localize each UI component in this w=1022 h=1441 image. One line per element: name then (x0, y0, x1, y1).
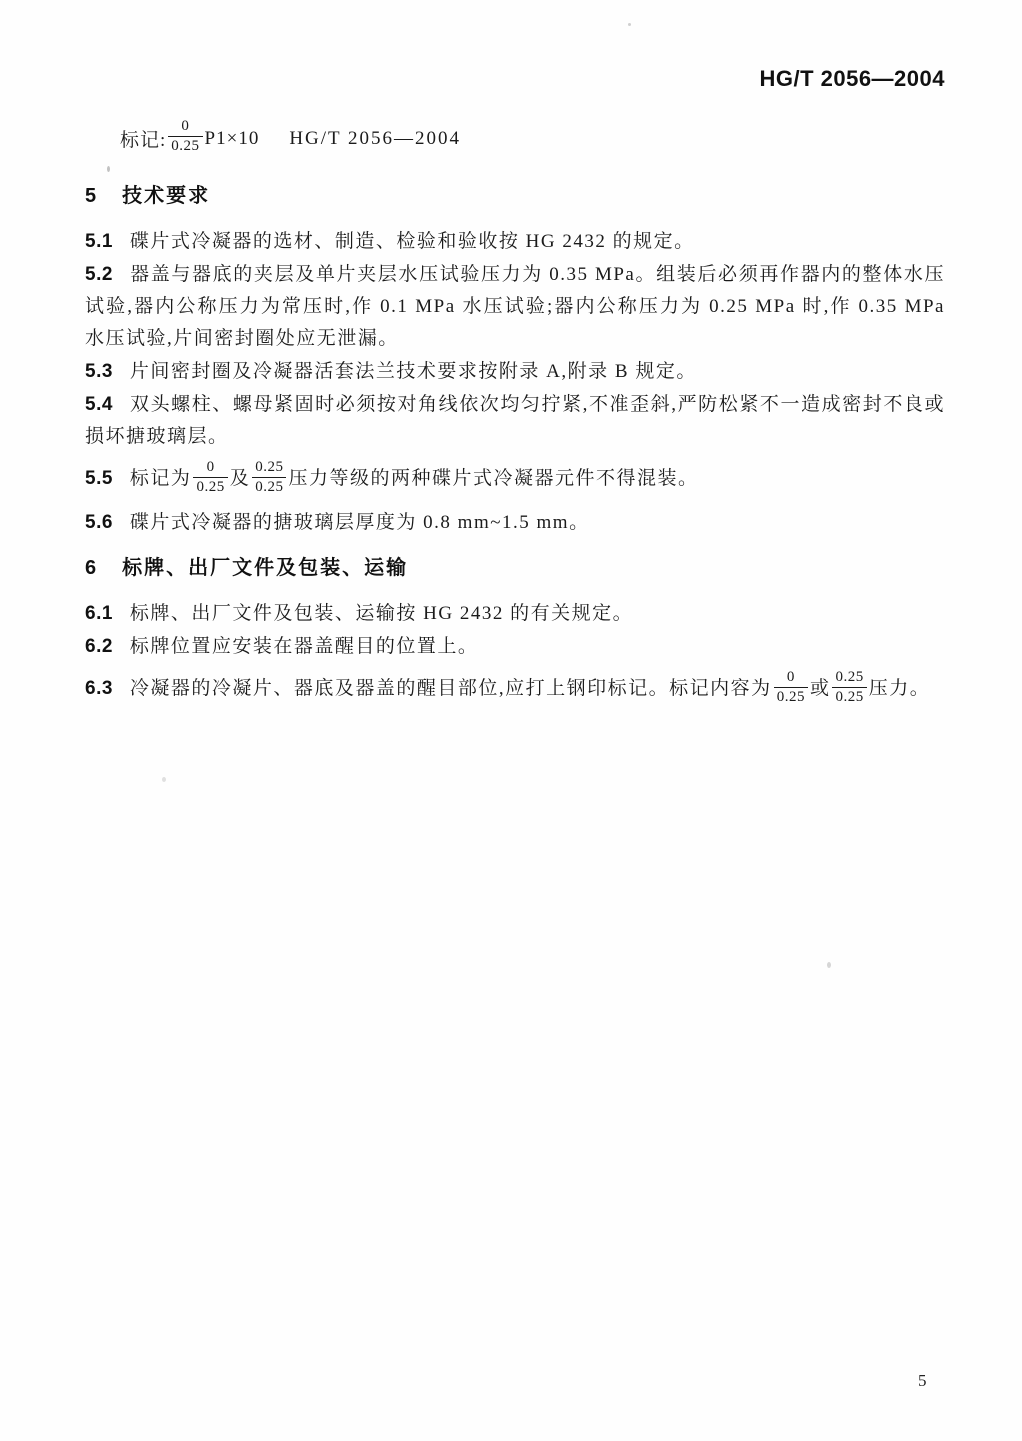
clause-5-5-number: 5.5 (85, 468, 113, 489)
model-designation: P1×10 (205, 128, 260, 150)
clause-6-1: 6.1标牌、出厂文件及包装、运输按 HG 2432 的有关规定。 (85, 598, 945, 630)
clause-5-3: 5.3片间密封圈及冷凝器活套法兰技术要求按附录 A,附录 B 规定。 (85, 356, 945, 388)
section-6-number: 6 (85, 557, 98, 579)
fraction-denominator: 0.25 (832, 688, 866, 706)
clause-5-4-text: 双头螺柱、螺母紧固时必须按对角线依次均匀拧紧,不准歪斜,严防松紧不一造成密封不良… (85, 394, 945, 447)
pressure-fraction: 00.25 (774, 669, 808, 707)
section-6-heading: 6标牌、出厂文件及包装、运输 (85, 555, 945, 581)
clause-5-5-text-mid: 及 (230, 468, 251, 489)
pressure-fraction: 0.250.25 (252, 459, 286, 497)
section-5-heading: 5技术要求 (85, 183, 945, 209)
section-6-title: 标牌、出厂文件及包装、运输 (122, 557, 408, 579)
section-5-number: 5 (85, 185, 98, 207)
clause-5-2: 5.2器盖与器底的夹层及单片夹层水压试验压力为 0.35 MPa。组装后必须再作… (85, 259, 945, 355)
clause-5-5-text-pre: 标记为 (130, 468, 192, 489)
clause-5-2-text: 器盖与器底的夹层及单片夹层水压试验压力为 0.35 MPa。组装后必须再作器内的… (85, 264, 945, 349)
scan-speck (827, 962, 831, 968)
standard-code-header: HG/T 2056—2004 (759, 66, 945, 92)
clause-5-5: 5.5标记为00.25及0.250.25压力等级的两种碟片式冷凝器元件不得混装。 (85, 454, 945, 506)
clause-5-3-text: 片间密封圈及冷凝器活套法兰技术要求按附录 A,附录 B 规定。 (130, 361, 697, 382)
fraction-numerator: 0.25 (832, 669, 866, 688)
pressure-fraction: 0.250.25 (832, 669, 866, 707)
clause-6-3: 6.3冷凝器的冷凝片、器底及器盖的醒目部位,应打上钢印标记。标记内容为00.25… (85, 664, 945, 716)
scan-speck (162, 777, 166, 782)
clause-6-2-text: 标牌位置应安装在器盖醒目的位置上。 (130, 636, 479, 657)
clause-5-6-text: 碟片式冷凝器的搪玻璃层厚度为 0.8 mm~1.5 mm。 (130, 512, 590, 533)
fraction-numerator: 0 (168, 118, 202, 137)
clause-6-3-number: 6.3 (85, 678, 113, 699)
document-page: HG/T 2056—2004 标记: 0 0.25 P1×10 HG/T 205… (0, 0, 1022, 1441)
fraction-denominator: 0.25 (252, 478, 286, 496)
document-body: 5技术要求 5.1碟片式冷凝器的选材、制造、检验和验收按 HG 2432 的规定… (85, 183, 945, 716)
fraction-numerator: 0.25 (252, 459, 286, 478)
clause-6-1-text: 标牌、出厂文件及包装、运输按 HG 2432 的有关规定。 (130, 603, 633, 624)
scan-speck (628, 23, 631, 26)
clause-5-2-number: 5.2 (85, 264, 113, 285)
clause-5-6-number: 5.6 (85, 512, 113, 533)
clause-5-1: 5.1碟片式冷凝器的选材、制造、检验和验收按 HG 2432 的规定。 (85, 226, 945, 258)
mark-label: 标记: (120, 125, 166, 152)
clause-6-2: 6.2标牌位置应安装在器盖醒目的位置上。 (85, 631, 945, 663)
fraction-denominator: 0.25 (168, 137, 202, 155)
clause-5-4-number: 5.4 (85, 394, 113, 415)
scan-speck (107, 166, 110, 172)
page-number: 5 (918, 1371, 927, 1391)
clause-5-5-text-post: 压力等级的两种碟片式冷凝器元件不得混装。 (288, 468, 698, 489)
designation-example-line: 标记: 0 0.25 P1×10 HG/T 2056—2004 (120, 120, 461, 158)
pressure-fraction: 00.25 (193, 459, 227, 497)
clause-6-2-number: 6.2 (85, 636, 113, 657)
fraction-denominator: 0.25 (774, 688, 808, 706)
section-5-title: 技术要求 (122, 185, 210, 207)
fraction-numerator: 0 (193, 459, 227, 478)
fraction-denominator: 0.25 (193, 478, 227, 496)
standard-code-inline: HG/T 2056—2004 (289, 128, 461, 150)
clause-6-1-number: 6.1 (85, 603, 113, 624)
clause-6-3-text-mid: 或 (810, 678, 831, 699)
clause-5-1-text: 碟片式冷凝器的选材、制造、检验和验收按 HG 2432 的规定。 (130, 231, 695, 252)
fraction-numerator: 0 (774, 669, 808, 688)
clause-5-4: 5.4双头螺柱、螺母紧固时必须按对角线依次均匀拧紧,不准歪斜,严防松紧不一造成密… (85, 389, 945, 453)
clause-5-3-number: 5.3 (85, 361, 113, 382)
clause-5-1-number: 5.1 (85, 231, 113, 252)
pressure-fraction: 0 0.25 (168, 118, 202, 156)
clause-6-3-text-post: 压力。 (869, 678, 931, 699)
clause-5-6: 5.6碟片式冷凝器的搪玻璃层厚度为 0.8 mm~1.5 mm。 (85, 507, 945, 539)
clause-6-3-text-pre: 冷凝器的冷凝片、器底及器盖的醒目部位,应打上钢印标记。标记内容为 (130, 678, 772, 699)
